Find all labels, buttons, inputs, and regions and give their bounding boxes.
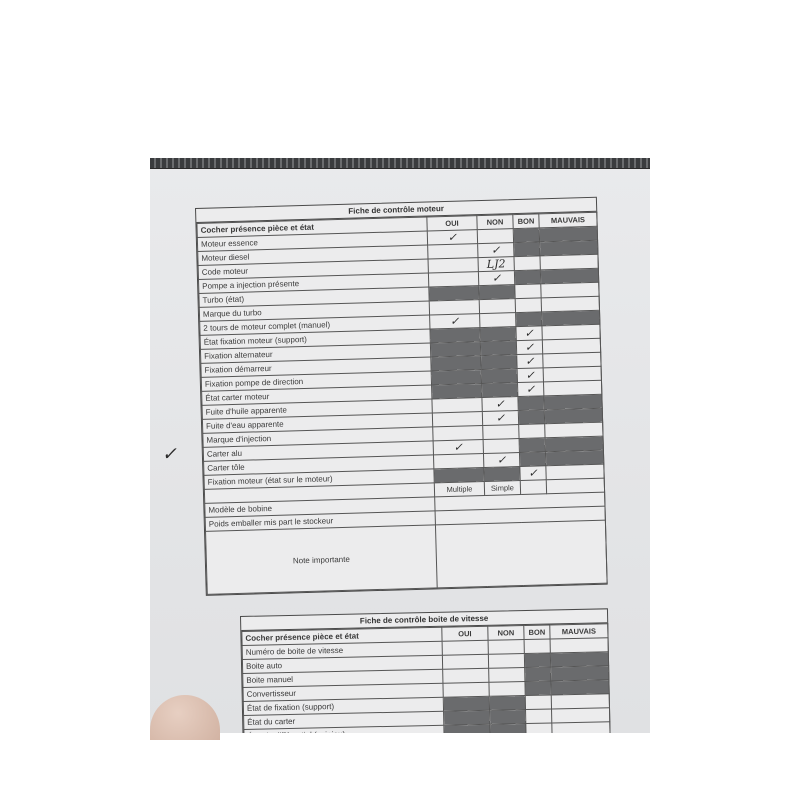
cell-mauvais[interactable]	[551, 680, 609, 695]
mount-simple[interactable]: Simple	[484, 481, 520, 496]
cell-bon[interactable]	[514, 256, 540, 271]
cell-oui[interactable]: ✓	[433, 440, 483, 455]
cell-mauvais[interactable]	[552, 722, 610, 733]
cell-non[interactable]	[490, 710, 526, 725]
cell-non[interactable]	[479, 285, 515, 300]
cell-oui[interactable]	[444, 724, 490, 733]
cell-bon[interactable]: ✓	[517, 368, 543, 383]
cell-oui[interactable]	[428, 244, 478, 259]
cell-bon[interactable]	[520, 480, 546, 495]
header-oui: OUI	[442, 626, 488, 641]
cell-mauvais[interactable]	[550, 652, 608, 667]
cell-oui[interactable]	[428, 272, 478, 287]
cell-non[interactable]	[484, 467, 520, 482]
cell-oui[interactable]	[430, 342, 480, 357]
binder-strip	[150, 158, 650, 169]
cell-non[interactable]	[489, 696, 525, 711]
cell-non[interactable]	[489, 682, 525, 697]
cell-bon[interactable]	[525, 695, 551, 710]
cell-bon[interactable]	[515, 298, 541, 313]
cell-non[interactable]: ✓	[482, 397, 518, 412]
cell-oui[interactable]	[431, 356, 481, 371]
mount-multiple[interactable]: Multiple	[434, 482, 484, 497]
note-label: Note importante	[206, 525, 438, 594]
photographed-sheet: Fiche de contrôle moteur Cocher présence…	[150, 158, 650, 733]
note-row: Note importante	[206, 520, 608, 594]
cell-non[interactable]: ✓	[478, 271, 514, 286]
cell-bon[interactable]	[516, 312, 542, 327]
gearbox-table: Cocher présence pièce et étatOUINONBONMA…	[241, 623, 610, 733]
header-mauvais: MAUVAIS	[550, 624, 608, 639]
cell-non[interactable]	[480, 327, 516, 342]
cell-bon[interactable]	[519, 424, 545, 439]
cell-bon[interactable]	[518, 396, 544, 411]
header-bon: BON	[524, 625, 550, 640]
cell-bon[interactable]	[525, 667, 551, 682]
cell-oui[interactable]	[442, 654, 488, 669]
cell-oui[interactable]	[430, 328, 480, 343]
cell-oui[interactable]	[444, 710, 490, 725]
cell-bon[interactable]	[514, 242, 540, 257]
cell-mauvais[interactable]	[551, 666, 609, 681]
cell-non[interactable]	[479, 299, 515, 314]
cell-non[interactable]	[483, 425, 519, 440]
cell-bon[interactable]: ✓	[520, 466, 546, 481]
cell-bon[interactable]	[518, 410, 544, 425]
cell-bon[interactable]: ✓	[517, 382, 543, 397]
cell-oui[interactable]	[433, 454, 483, 469]
cell-oui[interactable]	[433, 426, 483, 441]
cell-non[interactable]	[480, 313, 516, 328]
note-field[interactable]	[435, 520, 607, 588]
cell-non[interactable]: LJ2	[478, 257, 514, 272]
cell-bon[interactable]: ✓	[516, 326, 542, 341]
cell-bon[interactable]	[519, 452, 545, 467]
cell-oui[interactable]	[443, 682, 489, 697]
cell-bon[interactable]: ✓	[517, 354, 543, 369]
header-oui: OUI	[427, 216, 477, 231]
header-non: NON	[488, 626, 524, 641]
cell-oui[interactable]	[443, 696, 489, 711]
cell-bon[interactable]: ✓	[516, 340, 542, 355]
engine-table: Cocher présence pièce et étatOUINONBONMA…	[196, 212, 607, 595]
cell-non[interactable]	[481, 369, 517, 384]
cell-bon[interactable]	[515, 284, 541, 299]
cell-oui[interactable]: ✓	[427, 230, 477, 245]
cell-non[interactable]: ✓	[483, 453, 519, 468]
cell-non[interactable]	[477, 229, 513, 244]
cell-bon[interactable]	[526, 723, 552, 733]
cell-oui[interactable]	[429, 286, 479, 301]
margin-check-mark: ✓	[162, 444, 178, 465]
cell-bon[interactable]	[524, 639, 550, 654]
cell-bon[interactable]	[525, 681, 551, 696]
cell-oui[interactable]	[432, 412, 482, 427]
cell-oui[interactable]	[434, 468, 484, 483]
cell-non[interactable]	[488, 654, 524, 669]
cell-non[interactable]	[482, 383, 518, 398]
cell-non[interactable]	[489, 668, 525, 683]
cell-oui[interactable]: ✓	[430, 314, 480, 329]
cell-bon[interactable]	[519, 438, 545, 453]
cell-mauvais[interactable]	[551, 694, 609, 709]
cell-oui[interactable]	[442, 640, 488, 655]
cell-mauvais[interactable]	[550, 638, 608, 653]
cell-non[interactable]	[488, 640, 524, 655]
cell-oui[interactable]	[432, 384, 482, 399]
cell-non[interactable]	[483, 439, 519, 454]
cell-bon[interactable]	[513, 228, 539, 243]
engine-control-form: Fiche de contrôle moteur Cocher présence…	[195, 197, 608, 596]
cell-non[interactable]: ✓	[482, 411, 518, 426]
cell-oui[interactable]	[428, 258, 478, 273]
header-bon: BON	[513, 214, 539, 229]
cell-bon[interactable]	[524, 653, 550, 668]
cell-oui[interactable]	[431, 370, 481, 385]
cell-non[interactable]	[480, 341, 516, 356]
cell-bon[interactable]	[526, 709, 552, 724]
cell-non[interactable]: ✓	[478, 243, 514, 258]
cell-non[interactable]	[481, 355, 517, 370]
cell-bon[interactable]	[514, 270, 540, 285]
cell-oui[interactable]	[443, 668, 489, 683]
cell-non[interactable]	[490, 724, 526, 733]
gearbox-control-form: Fiche de contrôle boite de vitesse Coche…	[240, 608, 611, 733]
cell-oui[interactable]	[432, 398, 482, 413]
cell-mauvais[interactable]	[552, 708, 610, 723]
header-non: NON	[477, 215, 513, 230]
cell-oui[interactable]	[429, 300, 479, 315]
